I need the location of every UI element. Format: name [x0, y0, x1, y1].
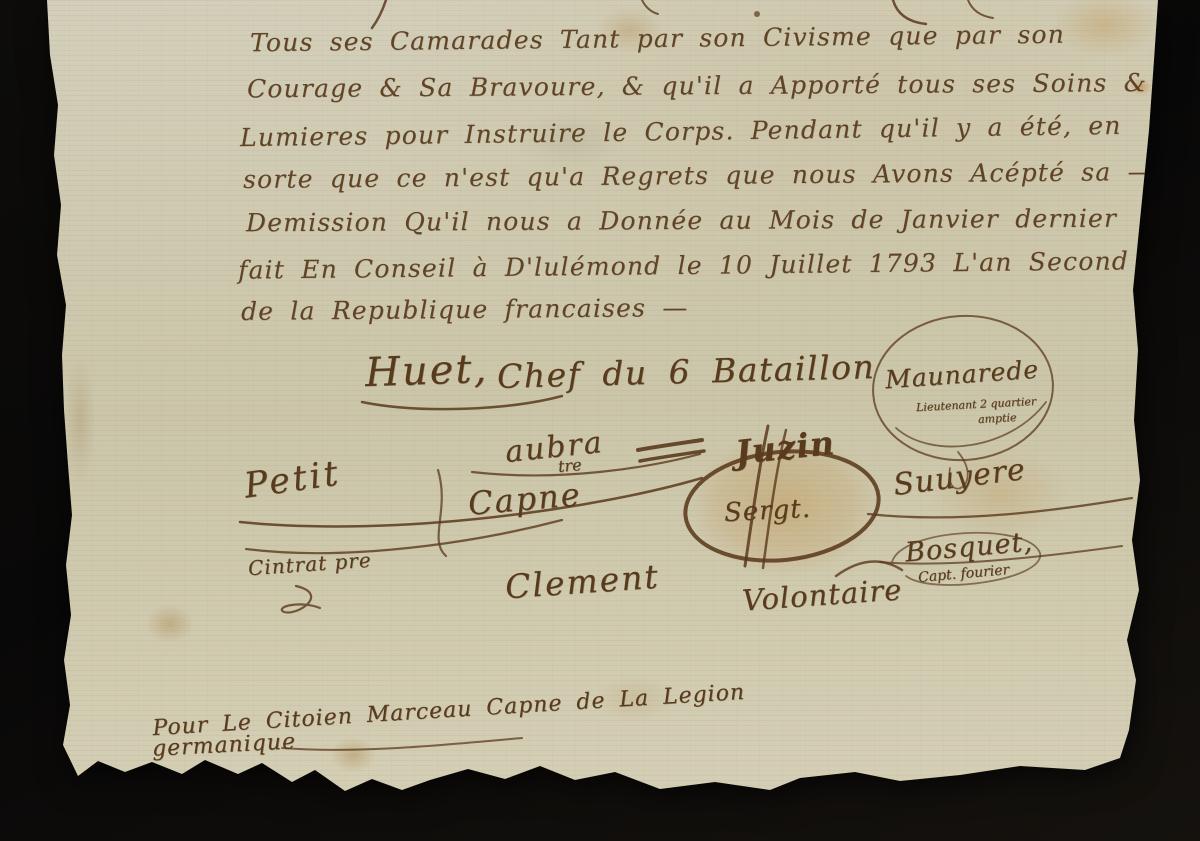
signature-suuyere: Suuyere — [891, 452, 1027, 503]
photo-background: Tous ses Camarades Tant par son Civisme … — [0, 0, 1200, 841]
signature-capne: Capne — [467, 475, 583, 523]
signature-juzin: Juzin — [733, 423, 836, 472]
equals-stroke — [638, 440, 702, 450]
signature-huet: Huet, — [364, 346, 489, 396]
huet-flourish — [362, 396, 562, 409]
body-line: sorte que ce n'est qu'a Regrets que nous… — [243, 157, 1154, 194]
signature-maunarede-title: amptie — [978, 411, 1017, 426]
body-line: Tous ses Camarades Tant par son Civisme … — [250, 20, 1065, 58]
signature-maunarede: Maunarede — [884, 355, 1040, 395]
paper-shadow: Tous ses Camarades Tant par son Civisme … — [0, 0, 1200, 841]
signature-maunarede-title: Lieutenant 2 quartier — [916, 395, 1037, 414]
signature-clement-title: Volontaire — [741, 572, 903, 617]
cropped-stroke — [642, 0, 658, 14]
petit-flourish — [246, 520, 562, 553]
signature-cintrat: Cintrat pre — [247, 548, 372, 581]
signature-juzin-title: Sergt. — [723, 494, 811, 529]
body-line: de la Republique francaises — — [241, 293, 689, 326]
signature-aubra: aubra — [503, 425, 605, 470]
signature-clement: Clement — [504, 557, 661, 607]
body-line: Demission Qu'il nous a Donnée au Mois de… — [246, 204, 1117, 238]
body-line: fait En Conseil à D'lulémond le 10 Juill… — [238, 246, 1129, 284]
cropped-stroke — [968, 0, 993, 18]
signature-petit: Petit — [242, 453, 344, 506]
manuscript-paper: Tous ses Camarades Tant par son Civisme … — [0, 0, 1200, 841]
paraph-stroke — [438, 470, 446, 556]
signature-bosquet: Bosquet, — [904, 526, 1034, 568]
equals-stroke — [640, 451, 704, 461]
germanique-flourish — [282, 738, 522, 750]
signature-capne-superscript: tre — [557, 455, 582, 476]
body-line: Lumieres pour Instruire le Corps. Pendan… — [240, 111, 1122, 152]
body-line: Courage & Sa Bravoure, & qu'il a Apporté… — [247, 68, 1200, 104]
stain — [138, 598, 202, 650]
cropped-stroke — [372, 0, 386, 28]
ink-dot — [754, 11, 760, 17]
cintrat-paraph — [282, 586, 320, 612]
signature-huet-title: Chef du 6 Bataillon — [497, 347, 876, 396]
stain — [322, 732, 384, 778]
stain — [60, 330, 100, 510]
